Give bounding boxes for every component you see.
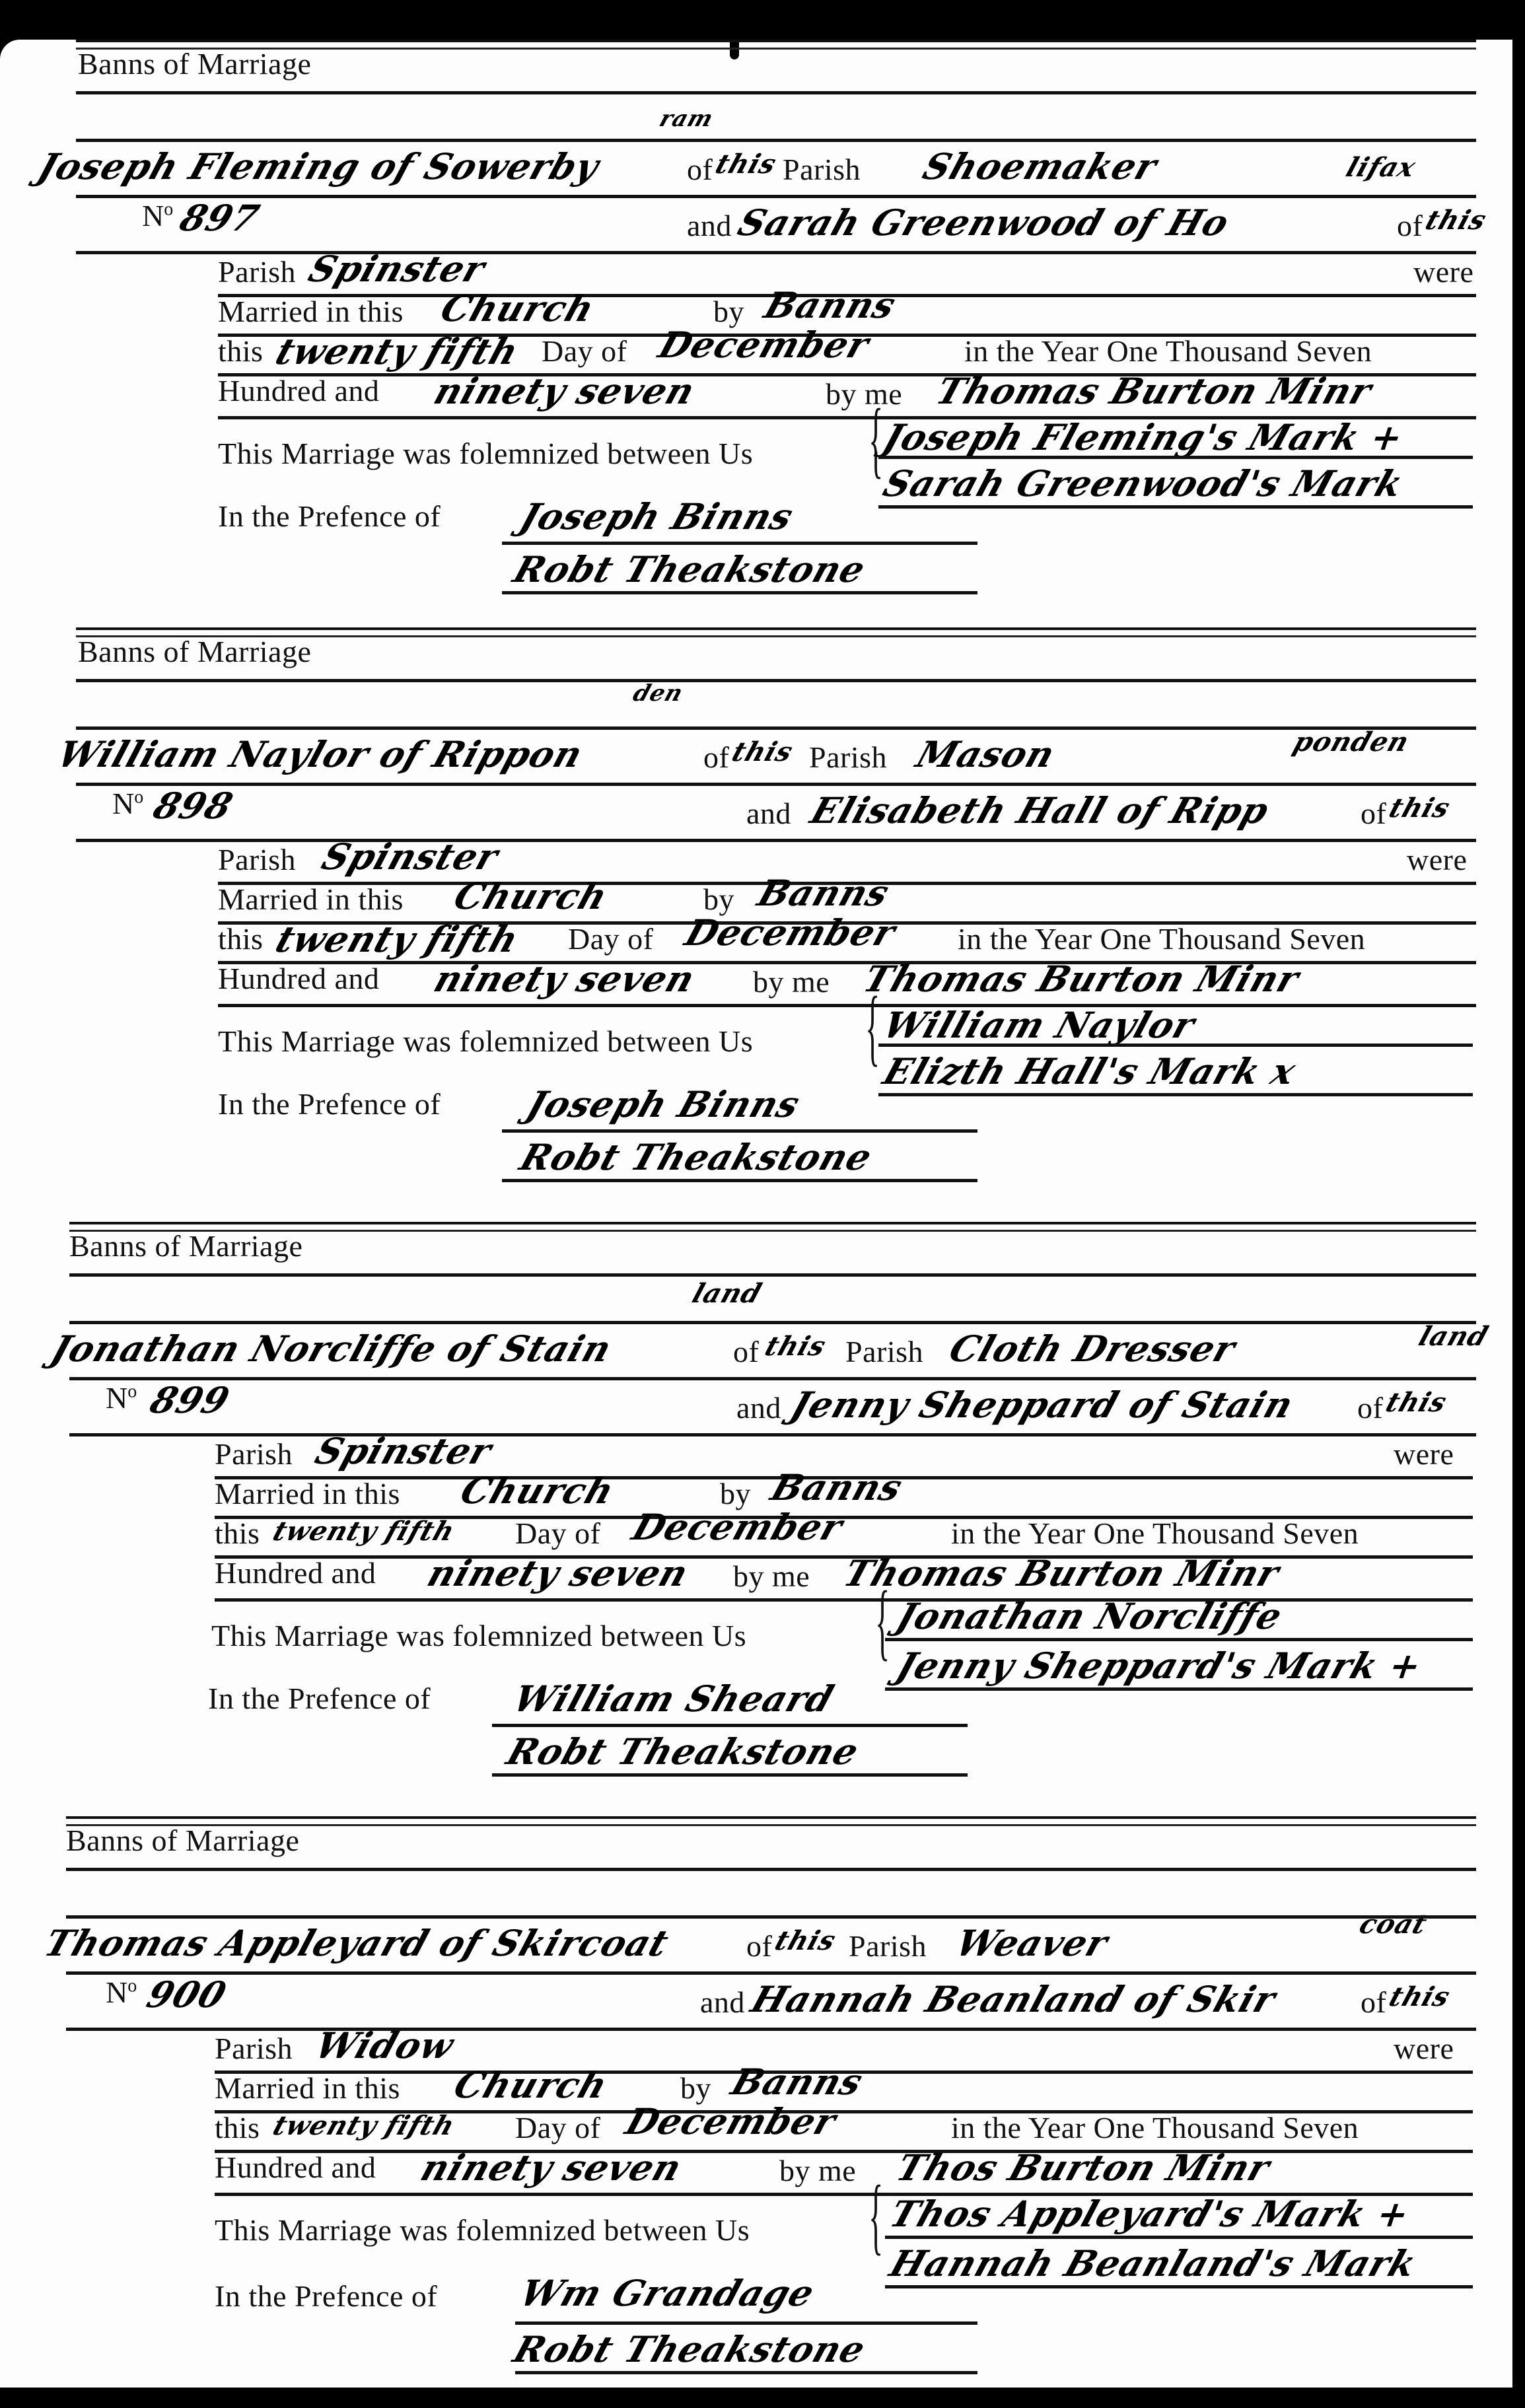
label-presence: In the Prefence of: [218, 1086, 441, 1121]
groom-signature: Thos Appleyard's Mark +: [885, 2193, 1416, 2235]
rule: [878, 1044, 1473, 1047]
label-and: and: [700, 1985, 745, 2020]
groom-occupation: Cloth Dresser: [944, 1328, 1242, 1370]
label-of: of: [1361, 1985, 1386, 2020]
witness-1: William Sheard: [509, 1678, 839, 1720]
signature-brace: {: [869, 2173, 883, 2259]
bride-name: Hannah Beanland of Skir: [746, 1978, 1281, 2020]
rule: [69, 1222, 1476, 1224]
label-this: this: [215, 2110, 260, 2145]
label-day-of: Day of: [515, 2110, 600, 2145]
groom-place-annotation: ram: [656, 106, 717, 132]
label-hundred-and: Hundred and: [218, 961, 379, 996]
groom-parish-word: this: [711, 149, 781, 180]
bride-parish-word: this: [1385, 793, 1454, 824]
rule: [885, 2236, 1473, 2239]
marriage-day: twenty fifth: [269, 1516, 459, 1547]
rule: [76, 726, 1476, 730]
bride-status: Spinster: [310, 1430, 497, 1472]
bride-signature: Jenny Sheppard's Mark +: [892, 1645, 1428, 1687]
rule: [885, 1638, 1473, 1641]
label-parish: Parish: [218, 842, 296, 877]
label-of: of: [1397, 208, 1423, 243]
bride-parish-word: this: [1421, 205, 1491, 236]
section-heading: Banns of Marriage: [69, 1228, 302, 1263]
label-were: were: [1394, 2031, 1454, 2066]
label-and: and: [687, 208, 732, 243]
label-married-in-this: Married in this: [215, 2071, 400, 2106]
marriage-entry: Banns of Marriage den ponden William Nay…: [0, 627, 1512, 1222]
label-year: in the Year One Thousand Seven: [951, 1516, 1359, 1551]
label-parish: Parish: [215, 2031, 293, 2066]
label-year: in the Year One Thousand Seven: [964, 334, 1372, 369]
rule: [502, 591, 977, 594]
entry-number: 899: [145, 1379, 236, 1421]
marriage-year-words: ninety seven: [416, 2146, 688, 2189]
witness-1: Joseph Binns: [522, 1083, 806, 1125]
entry-number-label: No: [112, 786, 143, 821]
marriage-place: Church: [449, 875, 614, 917]
groom-occupation: Mason: [911, 733, 1061, 775]
label-day-of: Day of: [568, 921, 653, 956]
label-year: in the Year One Thousand Seven: [951, 2110, 1359, 2145]
label-parish: Parish: [215, 1436, 293, 1471]
rule: [76, 91, 1476, 94]
label-of: of: [1357, 1390, 1383, 1425]
groom-signature: Jonathan Norcliffe: [892, 1595, 1288, 1637]
rule: [515, 2371, 977, 2374]
minister-signature: Thomas Burton Minr: [931, 370, 1378, 412]
entry-number-label: No: [106, 1380, 137, 1415]
label-by-me: by me: [753, 964, 830, 999]
bride-place-annotation: coat: [1355, 1909, 1431, 1940]
marriage-entry: Banns of Marriage coat Thomas Appleyard …: [0, 1816, 1512, 2408]
label-solemnized: This Marriage was folemnized between Us: [215, 2213, 750, 2248]
groom-signature: Joseph Fleming's Mark +: [878, 416, 1409, 458]
label-married-in-this: Married in this: [218, 294, 404, 329]
rule: [76, 783, 1476, 786]
rule: [69, 1273, 1476, 1277]
bride-status: Spinster: [304, 248, 491, 290]
witness-2: Robt Theakstone: [515, 1136, 878, 1178]
rule: [66, 1816, 1476, 1819]
label-married-in-this: Married in this: [218, 882, 404, 917]
label-this: this: [215, 1516, 260, 1551]
bride-place-annotation: land: [1415, 1321, 1492, 1352]
label-this: this: [218, 334, 263, 369]
marriage-month: December: [680, 911, 902, 954]
rule: [218, 1004, 1476, 1007]
bride-signature: Hannah Beanland's Mark: [885, 2242, 1423, 2284]
witness-1: Wm Grandage: [515, 2272, 820, 2314]
rule: [66, 1971, 1476, 1975]
label-and: and: [736, 1390, 781, 1425]
marriage-day: twenty fifth: [271, 918, 524, 960]
label-parish: Parish: [809, 740, 887, 775]
label-hundred-and: Hundred and: [215, 2150, 376, 2185]
entry-number-label: No: [106, 1975, 137, 2010]
rule: [885, 1687, 1473, 1691]
entry-number: 900: [142, 1973, 232, 2016]
label-day-of: Day of: [515, 1516, 600, 1551]
marriage-method: Banns: [760, 284, 902, 326]
rule: [76, 627, 1476, 630]
marriage-entry: Banns of Marriage land land Jonathan Nor…: [0, 1222, 1512, 1816]
bride-place-annotation: lifax: [1342, 152, 1420, 183]
witness-2: Robt Theakstone: [509, 548, 871, 590]
marriage-year-words: ninety seven: [429, 958, 701, 1000]
label-of: of: [687, 152, 713, 187]
label-presence: In the Prefence of: [208, 1681, 431, 1716]
marriage-month: December: [621, 2100, 842, 2142]
rule: [878, 1093, 1473, 1096]
marriage-method: Banns: [727, 2061, 869, 2103]
label-parish: Parish: [783, 152, 861, 187]
rule: [76, 679, 1476, 682]
bride-signature: Elizth Hall's Mark x: [878, 1050, 1302, 1092]
label-solemnized: This Marriage was folemnized between Us: [211, 1618, 746, 1653]
groom-name: Joseph Fleming of Sowerby: [33, 145, 605, 188]
rule: [502, 1179, 977, 1182]
label-of: of: [733, 1334, 759, 1369]
rule: [515, 2321, 977, 2325]
marriage-day: twenty fifth: [269, 2110, 459, 2141]
label-presence: In the Prefence of: [215, 2279, 437, 2314]
label-by-me: by me: [779, 2153, 856, 2188]
bride-name: Sarah Greenwood of Ho: [733, 201, 1235, 244]
rule: [878, 456, 1473, 459]
label-were: were: [1394, 1436, 1454, 1471]
groom-signature: William Naylor: [878, 1004, 1201, 1046]
groom-name: Jonathan Norcliffe of Stain: [46, 1328, 618, 1370]
label-parish: Parish: [218, 254, 296, 289]
groom-occupation: Weaver: [951, 1922, 1114, 1964]
rule: [69, 1377, 1476, 1380]
marriage-place: Church: [456, 1470, 620, 1512]
marriage-method: Banns: [753, 872, 895, 914]
section-heading: Banns of Marriage: [78, 46, 311, 81]
rule: [66, 1915, 1476, 1919]
groom-parish-word: this: [761, 1331, 830, 1362]
marriage-place: Church: [449, 2064, 614, 2106]
label-of: of: [746, 1929, 772, 1964]
groom-name: Thomas Appleyard of Skircoat: [40, 1922, 674, 1964]
entry-number: 898: [149, 785, 239, 827]
signature-brace: {: [875, 1578, 890, 1664]
label-year: in the Year One Thousand Seven: [958, 921, 1365, 956]
rule: [502, 1129, 977, 1133]
label-parish: Parish: [849, 1929, 927, 1964]
bride-name: Elisabeth Hall of Ripp: [806, 789, 1275, 832]
witness-1: Joseph Binns: [515, 495, 799, 538]
signature-brace: {: [869, 396, 883, 482]
signature-brace: {: [865, 984, 880, 1070]
section-heading: Banns of Marriage: [66, 1823, 299, 1858]
groom-place-annotation: land: [688, 1278, 765, 1309]
label-presence: In the Prefence of: [218, 499, 441, 534]
rule: [66, 1868, 1476, 1871]
rule: [502, 542, 977, 545]
label-married-in-this: Married in this: [215, 1476, 400, 1511]
minister-signature: Thomas Burton Minr: [839, 1552, 1285, 1594]
label-parish: Parish: [845, 1334, 923, 1369]
bride-place-annotation: ponden: [1289, 726, 1413, 758]
marriage-year-words: ninety seven: [429, 370, 701, 412]
label-hundred-and: Hundred and: [218, 373, 379, 408]
entry-number-label: No: [142, 198, 173, 233]
marriage-method: Banns: [766, 1466, 908, 1508]
bride-signature: Sarah Greenwood's Mark: [878, 462, 1409, 505]
rule: [76, 40, 1476, 42]
marriage-month: December: [654, 324, 875, 366]
label-day-of: Day of: [542, 334, 627, 369]
rule: [69, 1321, 1476, 1324]
bride-status: Widow: [310, 2024, 460, 2067]
label-were: were: [1413, 254, 1473, 289]
rule: [76, 139, 1476, 142]
label-were: were: [1407, 842, 1467, 877]
label-by-me: by me: [733, 1559, 810, 1594]
minister-signature: Thomas Burton Minr: [859, 958, 1305, 1000]
label-of: of: [1361, 796, 1386, 831]
rule: [492, 1724, 968, 1727]
groom-parish-word: this: [771, 1925, 840, 1956]
label-hundred-and: Hundred and: [215, 1555, 376, 1590]
rule: [76, 195, 1476, 198]
bride-name: Jenny Sheppard of Stain: [786, 1384, 1299, 1426]
label-this: this: [218, 921, 263, 956]
marriage-place: Church: [436, 287, 600, 330]
bride-status: Spinster: [317, 835, 504, 878]
rule: [878, 505, 1473, 509]
marriage-month: December: [627, 1506, 849, 1548]
label-solemnized: This Marriage was folemnized between Us: [218, 436, 753, 471]
marriage-year-words: ninety seven: [423, 1552, 694, 1594]
groom-occupation: Shoemaker: [918, 145, 1163, 188]
label-and: and: [746, 796, 791, 831]
section-heading: Banns of Marriage: [78, 634, 311, 669]
groom-parish-word: this: [728, 736, 797, 767]
marriage-day: twenty fifth: [271, 330, 524, 372]
witness-2: Robt Theakstone: [509, 2328, 871, 2370]
bride-parish-word: this: [1382, 1387, 1451, 1418]
entry-number: 897: [175, 197, 266, 239]
label-solemnized: This Marriage was folemnized between Us: [218, 1024, 753, 1059]
marriage-entry: Banns of Marriage ram lifax Joseph Flemi…: [0, 40, 1512, 634]
witness-2: Robt Theakstone: [502, 1730, 865, 1773]
rule: [492, 1773, 968, 1777]
rule: [215, 1555, 1473, 1559]
groom-place-annotation: den: [630, 680, 687, 707]
bride-parish-word: this: [1385, 1981, 1454, 2012]
groom-name: William Naylor of Rippon: [53, 733, 588, 775]
label-by-me: by me: [826, 376, 902, 411]
label-of: of: [703, 740, 729, 775]
minister-signature: Thos Burton Minr: [892, 2146, 1276, 2189]
rule: [885, 2285, 1473, 2288]
